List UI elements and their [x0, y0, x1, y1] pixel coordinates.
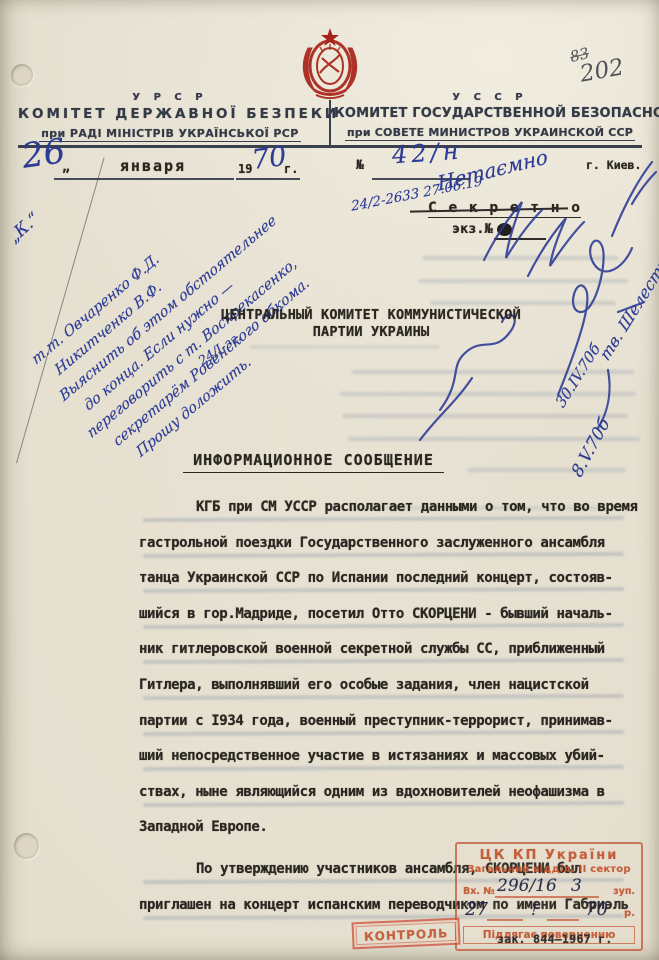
k-margin-mark: „К.“ [4, 209, 44, 248]
registry-in-number: 296/16 [497, 876, 557, 896]
control-stamp-label: КОНТРОЛЬ [364, 926, 449, 944]
header-right-country: У С С Р [334, 92, 646, 103]
body-line: Гитлера, выполнявший его особые задания,… [139, 670, 651, 706]
registry-date-month: ! [531, 900, 537, 919]
registry-date-year: 70 [585, 899, 608, 920]
date-underscore-1 [54, 178, 234, 180]
number-sign: № [356, 158, 364, 173]
signature-flourish [380, 140, 659, 470]
registry-stamp-dept: Загальний відділ. ІІ сектор [463, 864, 635, 875]
date-year-handwritten: 70 [250, 141, 288, 176]
header-right-org: КОМИТЕТ ГОСУДАРСТВЕННОЙ БЕЗОПАСНОСТИ [334, 106, 646, 121]
registry-date-day: 27 [465, 899, 488, 920]
registry-stamp-date-row: 27 ! 70 р. [463, 902, 635, 925]
body-line: ствах, ныне являющийся одним из вдохнови… [139, 777, 651, 813]
body-line: партии с I934 года, военный преступник-т… [139, 706, 651, 742]
punch-hole-bottom [14, 833, 39, 859]
header-left-org: КОМІТЕТ ДЕРЖАВНОЇ БЕЗПЕКИ [18, 106, 322, 122]
print-reference: зак. 844—1967 г. [497, 932, 613, 946]
header-right-sub: при СОВЕТЕ МИНИСТРОВ УКРАИНСКОЙ ССР [345, 126, 635, 141]
body-line: гастрольной поездки Государственного зас… [139, 528, 651, 564]
registry-stamp-in-row: Вх. № 296/16 3 зуп. [463, 878, 635, 902]
body-line: КГБ при СМ УССР располагает данными о то… [139, 492, 651, 528]
registry-stamp-org: ЦК КП України [463, 848, 635, 863]
date-day-handwritten: 26 [19, 131, 67, 177]
header-left-country: У Р С Р [18, 92, 322, 103]
document-title-row: ИНФОРМАЦИОННОЕ СООБЩЕНИЕ [0, 450, 659, 473]
registry-in-suffix: зуп. [613, 886, 635, 897]
state-emblem-icon [292, 26, 368, 102]
registry-date-suffix: р. [624, 908, 635, 919]
header-left-sub: при РАДІ МІНІСТРІВ УКРАЇНСЬКОЇ РСР [39, 127, 300, 142]
addressee-line1: ЦЕНТРАЛЬНЫЙ КОМИТЕТ КОММУНИСТИЧЕСКОЙ [180, 307, 562, 324]
body-line: ший непосредственное участие в истязания… [139, 741, 651, 777]
registry-in-number-2: 3 [571, 876, 582, 896]
scanned-document-page: 83 202 У Р С Р КОМІТЕТ ДЕРЖАВНОЇ БЕЗПЕКИ… [0, 0, 659, 960]
header-divider [329, 100, 331, 146]
addressee-block: ЦЕНТРАЛЬНЫЙ КОМИТЕТ КОММУНИСТИЧЕСКОЙ ПАР… [180, 307, 562, 341]
body-line: шийся в гор.Мадриде, посетил Отто СКОРЦЕ… [139, 599, 651, 635]
control-stamp: КОНТРОЛЬ [351, 918, 460, 950]
date-month: января [88, 157, 218, 175]
date-quote: „ [62, 160, 70, 175]
punch-hole-top [11, 64, 33, 86]
date-year-suffix: г. [284, 162, 298, 176]
header-right-column: У С С Р КОМИТЕТ ГОСУДАРСТВЕННОЙ БЕЗОПАСН… [334, 92, 646, 141]
header-left-column: У Р С Р КОМІТЕТ ДЕРЖАВНОЇ БЕЗПЕКИ при РА… [18, 92, 322, 142]
body-line: танца Украинской ССР по Испании последни… [139, 563, 651, 599]
body-line: ник гитлеровской военной секретной служб… [139, 634, 651, 670]
document-title: ИНФОРМАЦИОННОЕ СООБЩЕНИЕ [183, 451, 444, 473]
addressee-line2: ПАРТИИ УКРАИНЫ [180, 324, 562, 341]
registry-in-label: Вх. № [463, 886, 495, 897]
